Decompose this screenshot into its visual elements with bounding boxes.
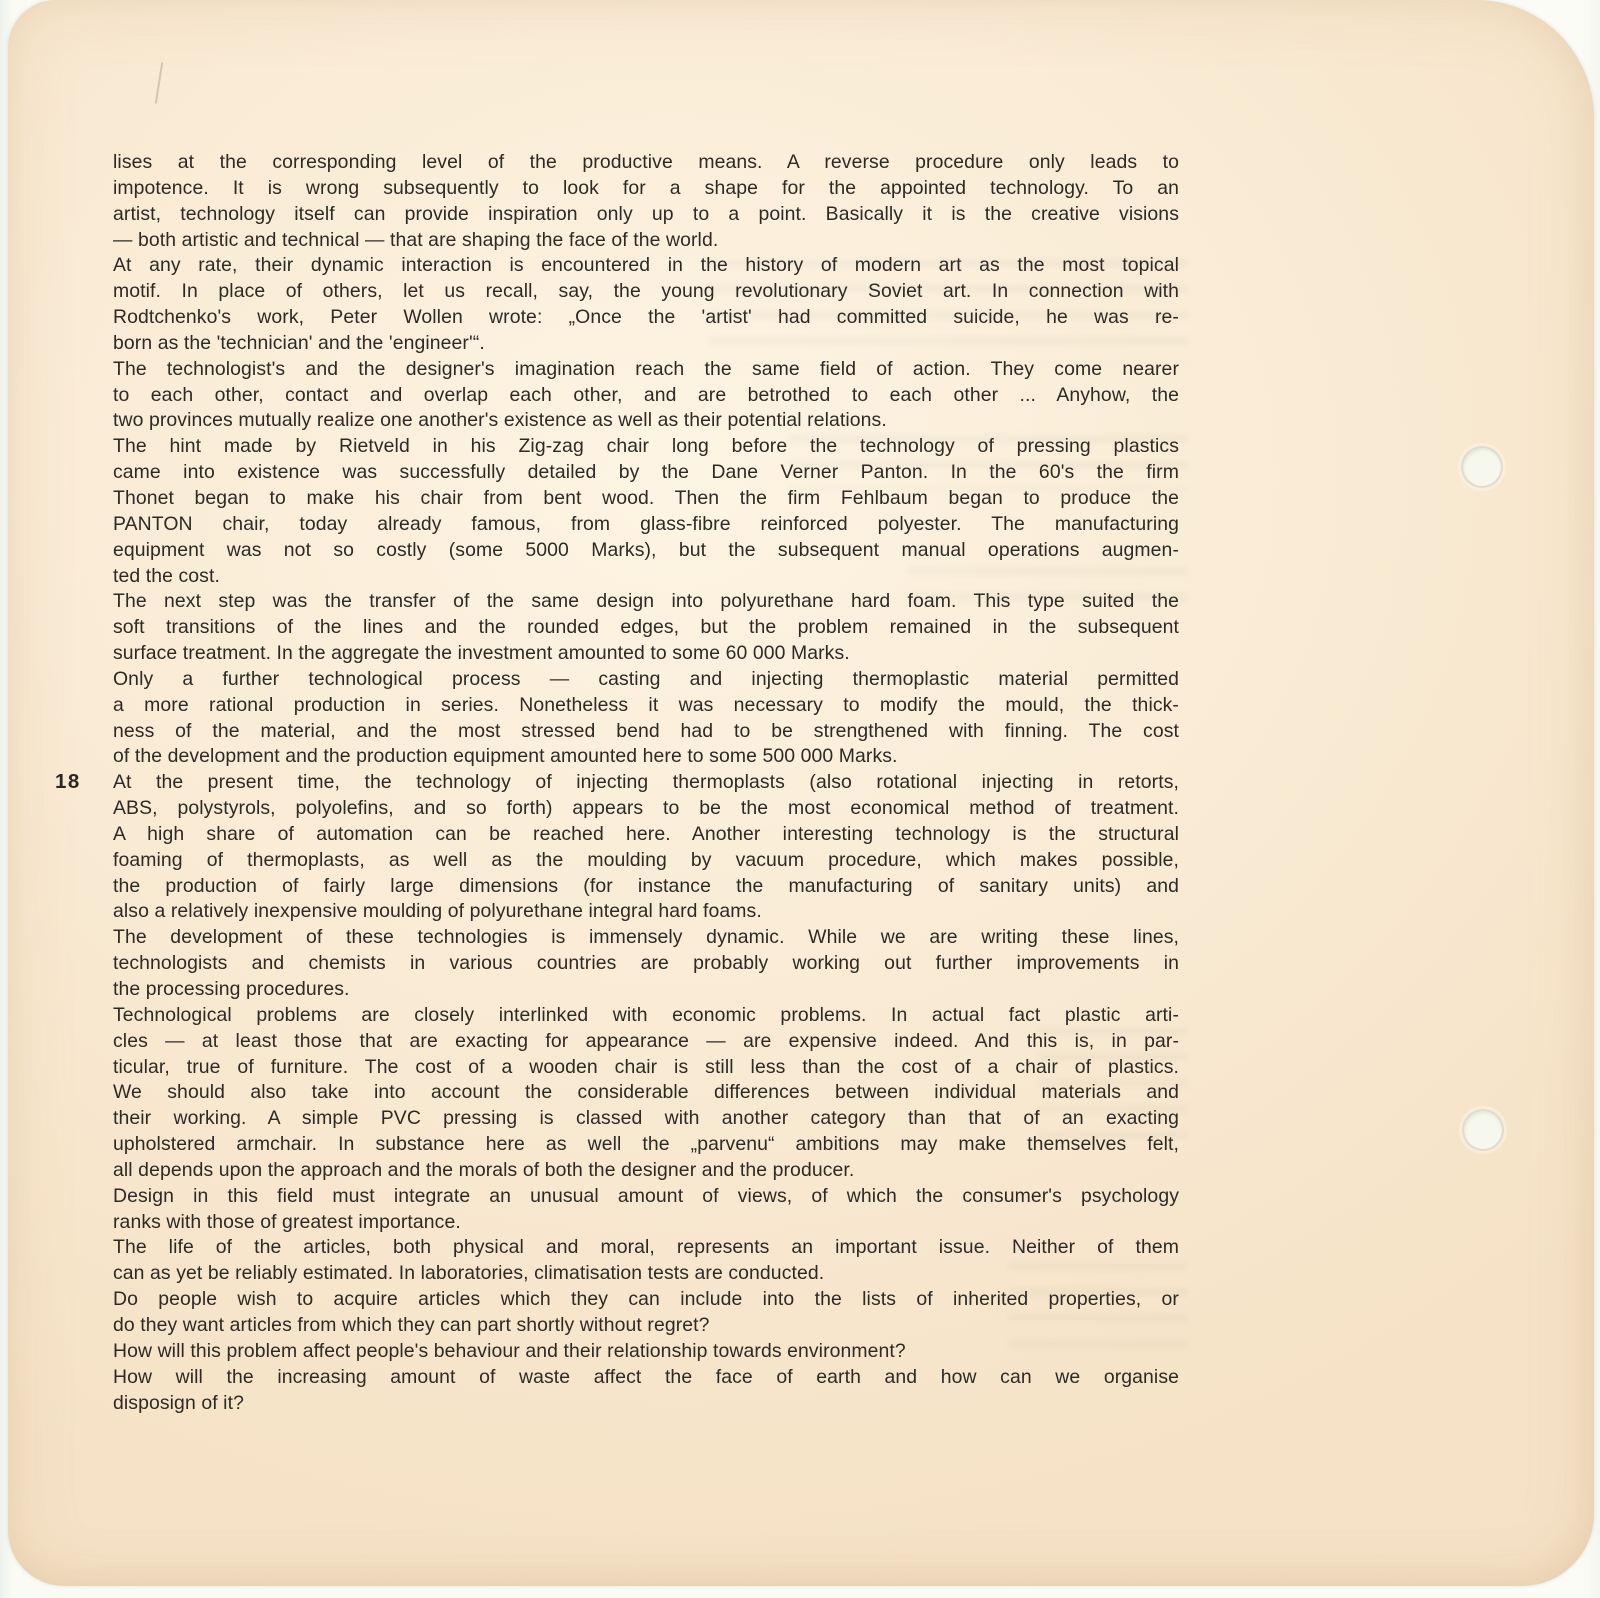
paragraph: How will this problem affect people's be… bbox=[113, 1339, 1179, 1365]
paragraph: How will the increasing amount of waste … bbox=[113, 1365, 1179, 1417]
text-line: The technologist's and the designer's im… bbox=[113, 357, 1179, 383]
text-line: all depends upon the approach and the mo… bbox=[113, 1158, 1179, 1184]
text-line: ted the cost. bbox=[113, 564, 1179, 590]
text-line: How will the increasing amount of waste … bbox=[113, 1365, 1179, 1391]
text-line: came into existence was successfully det… bbox=[113, 460, 1179, 486]
text-line: impotence. It is wrong subsequently to l… bbox=[113, 176, 1179, 202]
paragraph: Design in this field must integrate an u… bbox=[113, 1184, 1179, 1236]
paragraph: Technological problems are closely inter… bbox=[113, 1003, 1179, 1184]
text-line: Technological problems are closely inter… bbox=[113, 1003, 1179, 1029]
paragraph: The development of these technologies is… bbox=[113, 925, 1179, 1003]
paragraph: Do people wish to acquire articles which… bbox=[113, 1287, 1179, 1339]
text-line: We should also take into account the con… bbox=[113, 1080, 1179, 1106]
paper-scratch-mark bbox=[155, 62, 164, 104]
text-line: foaming of thermoplasts, as well as the … bbox=[113, 848, 1179, 874]
text-line: a more rational production in series. No… bbox=[113, 693, 1179, 719]
page-sheet: 18 lises at the corresponding level of t… bbox=[8, 0, 1594, 1586]
text-line: equipment was not so costly (some 5000 M… bbox=[113, 538, 1179, 564]
text-line: do they want articles from which they ca… bbox=[113, 1313, 1179, 1339]
text-line: The hint made by Rietveld in his Zig-zag… bbox=[113, 434, 1179, 460]
punch-hole-top bbox=[1461, 446, 1503, 488]
text-line: lises at the corresponding level of the … bbox=[113, 150, 1179, 176]
page-number-label: 18 bbox=[55, 769, 103, 795]
text-line: soft transitions of the lines and the ro… bbox=[113, 615, 1179, 641]
paragraph: The next step was the transfer of the sa… bbox=[113, 589, 1179, 667]
text-line: disposign of it? bbox=[113, 1391, 1179, 1417]
text-line: — both artistic and technical — that are… bbox=[113, 228, 1179, 254]
paragraph: At the present time, the technology of i… bbox=[113, 770, 1179, 925]
text-line: The next step was the transfer of the sa… bbox=[113, 589, 1179, 615]
paragraph: The technologist's and the designer's im… bbox=[113, 357, 1179, 435]
text-line: motif. In place of others, let us recall… bbox=[113, 279, 1179, 305]
text-line: their working. A simple PVC pressing is … bbox=[113, 1106, 1179, 1132]
text-line: cles — at least those that are exacting … bbox=[113, 1029, 1179, 1055]
body-text: lises at the corresponding level of the … bbox=[113, 150, 1179, 1416]
text-line: upholstered armchair. In substance here … bbox=[113, 1132, 1179, 1158]
text-line: At the present time, the technology of i… bbox=[113, 770, 1179, 796]
text-line: Rodtchenko's work, Peter Wollen wrote: „… bbox=[113, 305, 1179, 331]
text-line: artist, technology itself can provide in… bbox=[113, 202, 1179, 228]
text-line: the production of fairly large dimension… bbox=[113, 874, 1179, 900]
text-line: A high share of automation can be reache… bbox=[113, 822, 1179, 848]
text-line: ranks with those of greatest importance. bbox=[113, 1210, 1179, 1236]
text-line: PANTON chair, today already famous, from… bbox=[113, 512, 1179, 538]
text-line: The life of the articles, both physical … bbox=[113, 1235, 1179, 1261]
text-line: of the development and the production eq… bbox=[113, 744, 1179, 770]
text-line: also a relatively inexpensive moulding o… bbox=[113, 899, 1179, 925]
text-line: can as yet be reliably estimated. In lab… bbox=[113, 1261, 1179, 1287]
text-line: ness of the material, and the most stres… bbox=[113, 719, 1179, 745]
text-line: to each other, contact and overlap each … bbox=[113, 383, 1179, 409]
text-line: Only a further technological process — c… bbox=[113, 667, 1179, 693]
text-line: surface treatment. In the aggregate the … bbox=[113, 641, 1179, 667]
paragraph: The hint made by Rietveld in his Zig-zag… bbox=[113, 434, 1179, 589]
text-line: Design in this field must integrate an u… bbox=[113, 1184, 1179, 1210]
paragraph: At any rate, their dynamic interaction i… bbox=[113, 253, 1179, 356]
text-line: the processing procedures. bbox=[113, 977, 1179, 1003]
text-line: ticular, true of furniture. The cost of … bbox=[113, 1055, 1179, 1081]
text-line: How will this problem affect people's be… bbox=[113, 1339, 1179, 1365]
text-line: The development of these technologies is… bbox=[113, 925, 1179, 951]
text-line: At any rate, their dynamic interaction i… bbox=[113, 253, 1179, 279]
text-line: Thonet began to make his chair from bent… bbox=[113, 486, 1179, 512]
text-line: Do people wish to acquire articles which… bbox=[113, 1287, 1179, 1313]
paragraph: The life of the articles, both physical … bbox=[113, 1235, 1179, 1287]
text-line: ABS, polystyrols, polyolefins, and so fo… bbox=[113, 796, 1179, 822]
text-line: technologists and chemists in various co… bbox=[113, 951, 1179, 977]
text-line: two provinces mutually realize one anoth… bbox=[113, 408, 1179, 434]
paragraph: lises at the corresponding level of the … bbox=[113, 150, 1179, 253]
text-line: born as the 'technician' and the 'engine… bbox=[113, 331, 1179, 357]
punch-hole-bottom bbox=[1462, 1109, 1504, 1151]
paragraph: Only a further technological process — c… bbox=[113, 667, 1179, 770]
